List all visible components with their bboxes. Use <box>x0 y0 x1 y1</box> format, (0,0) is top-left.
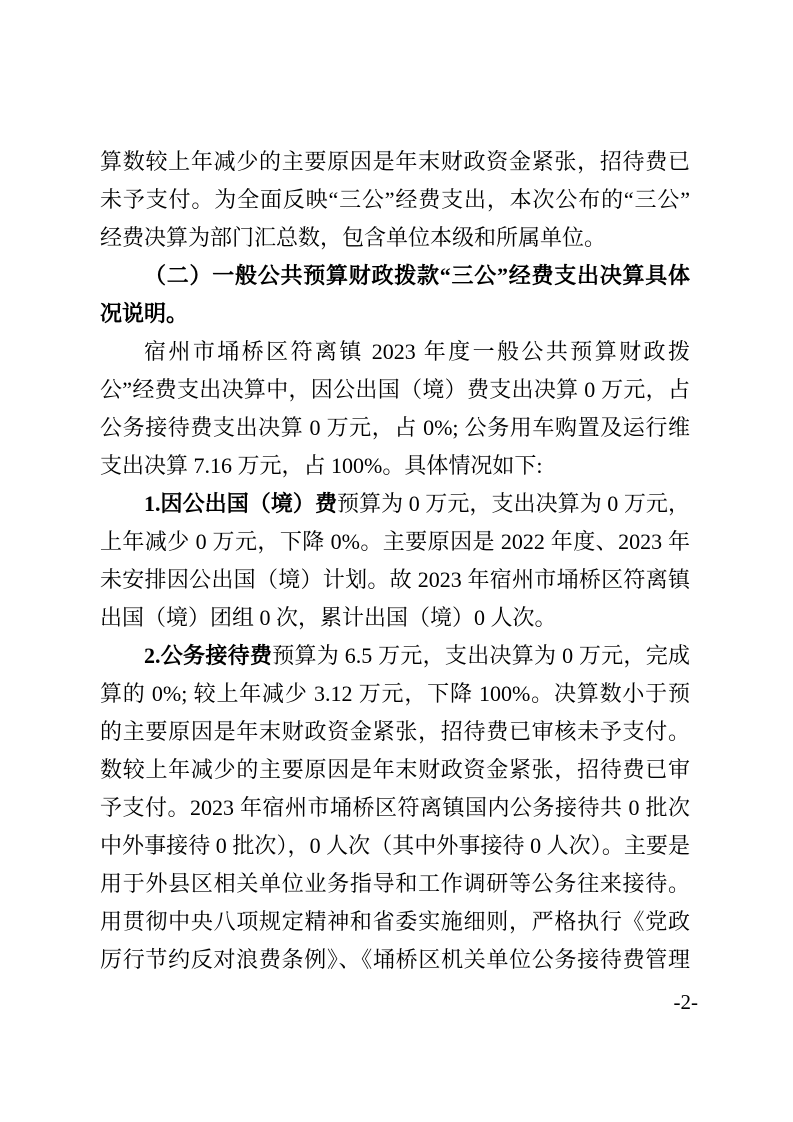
text-line: 经费决算为部门汇总数，包含单位本级和所属单位。 <box>100 219 690 257</box>
text-line: 宿州市埇桥区符离镇 2023 年度一般公共预算财政拨款“三 <box>100 333 690 371</box>
bold-text-run: 2.公务接待费 <box>144 643 272 668</box>
text-run: 公”经费支出决算中，因公出国（境）费支出决算 0 万元，占 0%; <box>100 377 690 409</box>
text-line: 况说明。 <box>100 295 690 333</box>
text-line: 未安排因公出国（境）计划。故 2023 年宿州市埇桥区符离镇因公 <box>100 561 690 599</box>
text-run: 未予支付。为全面反映“三公”经费支出，本次公布的“三公” <box>100 187 690 212</box>
text-run: 宿州市埇桥区符离镇 2023 年度一般公共预算财政拨款“三 <box>100 339 690 371</box>
text-line: 数较上年减少的主要原因是年末财政资金紧张，招待费已审核未 <box>100 751 690 789</box>
text-line: 公务接待费支出决算 0 万元，占 0%; 公务用车购置及运行维护费 <box>100 409 690 447</box>
text-line: 支出决算 7.16 万元，占 100%。具体情况如下: <box>100 447 690 485</box>
text-line: 上年减少 0 万元，下降 0%。主要原因是 2022 年度、2023 年度均 <box>100 523 690 561</box>
text-line: 算数较上年减少的主要原因是年末财政资金紧张，招待费已审核 <box>100 143 690 181</box>
text-line: 公”经费支出决算中，因公出国（境）费支出决算 0 万元，占 0%; <box>100 371 690 409</box>
text-line: 出国（境）团组 0 次，累计出国（境）0 人次。 <box>100 599 690 637</box>
text-run: 公务接待费支出决算 0 万元，占 0%; 公务用车购置及运行维护费 <box>100 415 690 447</box>
text-line: 予支付。2023 年宿州市埇桥区符离镇国内公务接待共 0 批次（其 <box>100 789 690 827</box>
text-run: 厉行节约反对浪费条例》、《埇桥区机关单位公务接待费管理暂 <box>100 947 690 979</box>
text-run: 的主要原因是年末财政资金紧张，招待费已审核未予支付。决算 <box>100 719 690 751</box>
bold-text-run: 1.因公出国（境）费 <box>144 491 337 516</box>
text-line: 用贯彻中央八项规定精神和省委实施细则，严格执行《党政机关 <box>100 903 690 941</box>
text-line: 未予支付。为全面反映“三公”经费支出，本次公布的“三公” <box>100 181 690 219</box>
document-page: 算数较上年减少的主要原因是年末财政资金紧张，招待费已审核未予支付。为全面反映“三… <box>0 0 793 1122</box>
text-line: 2.公务接待费预算为 6.5 万元，支出决算为 0 万元，完成预 <box>100 637 690 675</box>
text-run: 中外事接待 0 批次），0 人次（其中外事接待 0 人次）。主要是 <box>100 833 690 858</box>
text-run: 用贯彻中央八项规定精神和省委实施细则，严格执行《党政机关 <box>100 909 690 941</box>
text-run: 算数较上年减少的主要原因是年末财政资金紧张，招待费已审核 <box>100 149 690 181</box>
text-run: 用于外县区相关单位业务指导和工作调研等公务往来接待。经费使 <box>100 871 690 903</box>
text-line: 的主要原因是年末财政资金紧张，招待费已审核未予支付。决算 <box>100 713 690 751</box>
text-line: 1.因公出国（境）费预算为 0 万元，支出决算为 0 万元，较 <box>100 485 690 523</box>
text-line: 算的 0%; 较上年减少 3.12 万元，下降 100%。决算数小于预算数 <box>100 675 690 713</box>
text-line: （二）一般公共预算财政拨款“三公”经费支出决算具体情 <box>100 257 690 295</box>
text-run: 经费决算为部门汇总数，包含单位本级和所属单位。 <box>100 225 606 250</box>
text-line: 厉行节约反对浪费条例》、《埇桥区机关单位公务接待费管理暂 <box>100 941 690 979</box>
text-line: 用于外县区相关单位业务指导和工作调研等公务往来接待。经费使 <box>100 865 690 903</box>
text-run: 数较上年减少的主要原因是年末财政资金紧张，招待费已审核未 <box>100 757 690 789</box>
text-run: 予支付。2023 年宿州市埇桥区符离镇国内公务接待共 0 批次（其 <box>100 795 690 827</box>
text-run: 上年减少 0 万元，下降 0%。主要原因是 2022 年度、2023 年度均 <box>100 529 690 561</box>
text-run: 出国（境）团组 0 次，累计出国（境）0 人次。 <box>100 605 557 630</box>
page-number: -2- <box>674 986 699 1018</box>
bold-text-run: 况说明。 <box>100 301 188 326</box>
text-run: 支出决算 7.16 万元，占 100%。具体情况如下: <box>100 453 542 478</box>
bold-text-run: （二）一般公共预算财政拨款“三公”经费支出决算具体情 <box>100 263 690 295</box>
text-run: 未安排因公出国（境）计划。故 2023 年宿州市埇桥区符离镇因公 <box>100 567 690 599</box>
text-run: 算的 0%; 较上年减少 3.12 万元，下降 100%。决算数小于预算数 <box>100 681 690 713</box>
text-line: 中外事接待 0 批次），0 人次（其中外事接待 0 人次）。主要是 <box>100 827 690 865</box>
document-body: 算数较上年减少的主要原因是年末财政资金紧张，招待费已审核未予支付。为全面反映“三… <box>100 143 690 979</box>
